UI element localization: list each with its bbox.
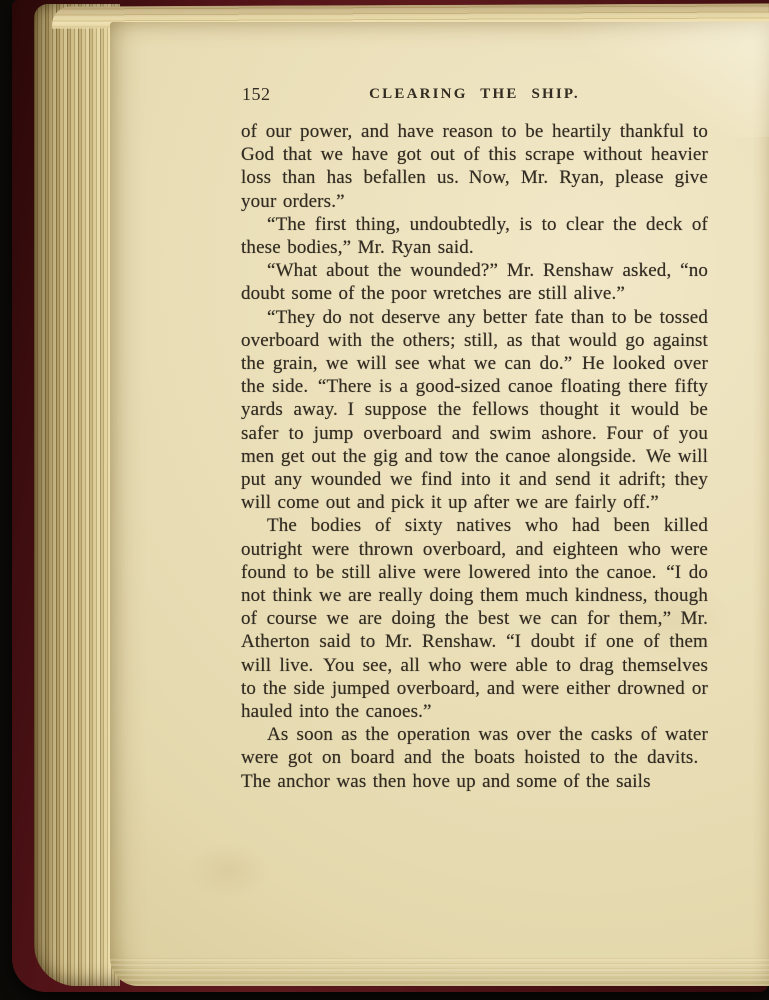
- paragraph: “What about the wounded?” Mr. Renshaw as…: [241, 259, 708, 305]
- paragraph: “They do not deserve any better fate tha…: [241, 306, 708, 515]
- book-page: 152 CLEARING THE SHIP. of our power, and…: [110, 22, 769, 986]
- text-block: 152 CLEARING THE SHIP. of our power, and…: [241, 84, 708, 793]
- paragraph: of our power, and have reason to be hear…: [241, 120, 708, 213]
- page-edges-left: [34, 4, 120, 986]
- paragraph: As soon as the operation was over the ca…: [241, 723, 708, 793]
- page-header: 152 CLEARING THE SHIP.: [241, 84, 708, 106]
- page-edges-bottom: [110, 956, 769, 986]
- running-header: CLEARING THE SHIP.: [241, 86, 708, 103]
- paragraph: The bodies of sixty natives who had been…: [241, 514, 708, 723]
- paragraph: “The first thing, undoubtedly, is to cle…: [241, 213, 708, 259]
- book-photo: 152 CLEARING THE SHIP. of our power, and…: [0, 0, 769, 1000]
